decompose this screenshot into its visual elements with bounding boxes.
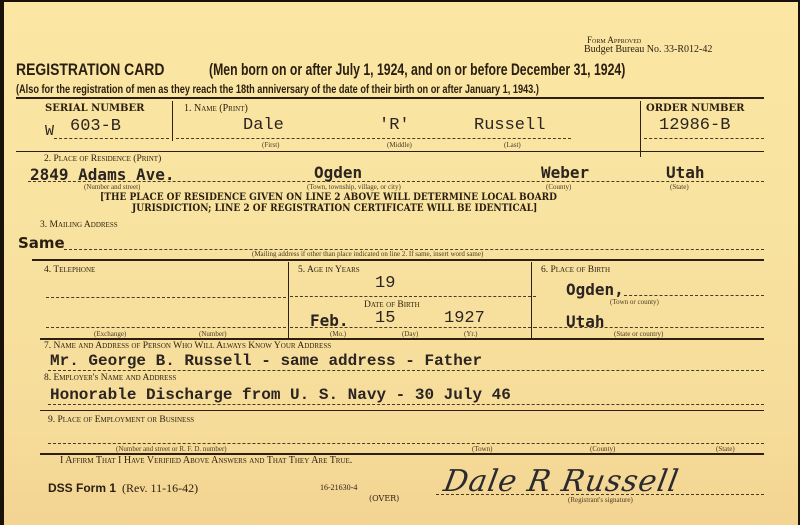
residence-town: Ogden (314, 163, 362, 182)
card-title: REGISTRATION CARD (16, 60, 164, 80)
birthplace-town-caption: (Town or county) (610, 298, 659, 306)
dob-year: 1927 (444, 309, 485, 328)
dob-day: 15 (375, 309, 395, 328)
first-caption: (First) (262, 141, 280, 149)
serial-underline (54, 138, 169, 139)
contact-label: 7. Name and Address of Person Who Will A… (44, 341, 331, 351)
last-name: Russell (474, 116, 545, 135)
age-label: 5. Age in Years (298, 265, 360, 275)
signature-caption: (Registrant's signature) (568, 496, 633, 504)
divider (16, 151, 764, 152)
state-caption: (State) (670, 183, 689, 191)
divider (40, 338, 764, 340)
town-caption: (Town, township, village, or city) (307, 183, 401, 191)
year-caption: (Yr.) (464, 330, 477, 338)
mailing-caption: (Mailing address if other than place ind… (252, 250, 483, 258)
divider (40, 410, 764, 411)
telephone-label: 4. Telephone (44, 265, 95, 275)
serial-number-label: SERIAL NUMBER (45, 103, 144, 114)
employment-town-caption: (Town) (472, 445, 493, 453)
dob-underline (290, 327, 536, 328)
residence-underline (28, 181, 764, 182)
telephone-exchange-line (46, 297, 286, 298)
birthplace-state: Utah (566, 312, 605, 331)
serial-prefix: W (45, 123, 54, 140)
divider (172, 101, 173, 141)
exchange-caption: (Exchange) (94, 330, 126, 338)
birthplace-label: 6. Place of Birth (541, 265, 610, 275)
month-caption: (Mo.) (330, 330, 346, 338)
street-caption: (Number and street) (84, 183, 140, 191)
county-caption: (County) (546, 183, 571, 191)
budget-bureau-number: Budget Bureau No. 33-R012-42 (584, 44, 712, 55)
name-underline (176, 138, 571, 139)
order-number-value: 12986-B (659, 116, 730, 135)
order-underline (644, 138, 764, 139)
form-id: DSS Form 1 (48, 481, 116, 495)
telephone-number-line (46, 327, 286, 328)
affirm-text: I Affirm That I Have Verified Above Answ… (60, 455, 352, 466)
employment-place-label: 9. Place of Employment or Business (48, 415, 194, 425)
residence-notice-line2: JURISDICTION; LINE 2 OF REGISTRATION CER… (132, 203, 537, 214)
employment-state-caption: (State) (716, 445, 735, 453)
employment-street-caption: (Number and street or R. F. D. number) (116, 445, 227, 453)
divider (640, 101, 641, 157)
first-name: Dale (243, 116, 284, 135)
residence-state: Utah (666, 163, 705, 182)
divider (288, 262, 289, 338)
age-value: 19 (375, 274, 395, 293)
age-underline (290, 296, 536, 297)
order-number-label: ORDER NUMBER (646, 103, 744, 114)
mailing-value: Same (18, 234, 65, 252)
residence-county: Weber (541, 163, 589, 182)
divider (531, 262, 532, 338)
residence-notice-line1: [THE PLACE OF RESIDENCE GIVEN ON LINE 2 … (100, 192, 557, 203)
serial-number-value: 603-B (70, 117, 121, 136)
middle-caption: (Middle) (387, 141, 412, 149)
print-code: 16-21630-4 (320, 483, 357, 492)
subtitle: (Also for the registration of men as the… (16, 82, 539, 96)
employer-underline (48, 404, 764, 405)
last-caption: (Last) (504, 141, 521, 149)
title-note: (Men born on or after July 1, 1924, and … (209, 60, 625, 80)
signature-line (436, 494, 764, 495)
employer-value: Honorable Discharge from U. S. Navy - 30… (50, 386, 511, 404)
day-caption: (Day) (402, 330, 418, 338)
registration-card: Form Approved Budget Bureau No. 33-R012-… (4, 2, 798, 525)
contact-underline (48, 370, 764, 371)
employment-place-underline (48, 443, 764, 444)
employment-county-caption: (County) (590, 445, 615, 453)
residence-label: 2. Place of Residence (Print) (44, 154, 161, 164)
employer-label: 8. Employer's Name and Address (44, 373, 176, 383)
divider (32, 259, 764, 261)
contact-value: Mr. George B. Russell - same address - F… (50, 352, 482, 370)
middle-name: 'R' (379, 116, 410, 135)
mailing-label: 3. Mailing Address (40, 220, 118, 230)
birthplace-town-line (624, 295, 764, 296)
name-label: 1. Name (Print) (184, 103, 248, 114)
form-revision: (Rev. 11-16-42) (122, 481, 198, 496)
birthplace-state-caption: (State or country) (614, 330, 663, 338)
divider (16, 97, 764, 99)
birthplace-town: Ogden, (566, 280, 624, 299)
over-indicator: (OVER) (369, 494, 399, 503)
birthplace-state-line (534, 327, 764, 328)
number-caption: (Number) (199, 330, 227, 338)
